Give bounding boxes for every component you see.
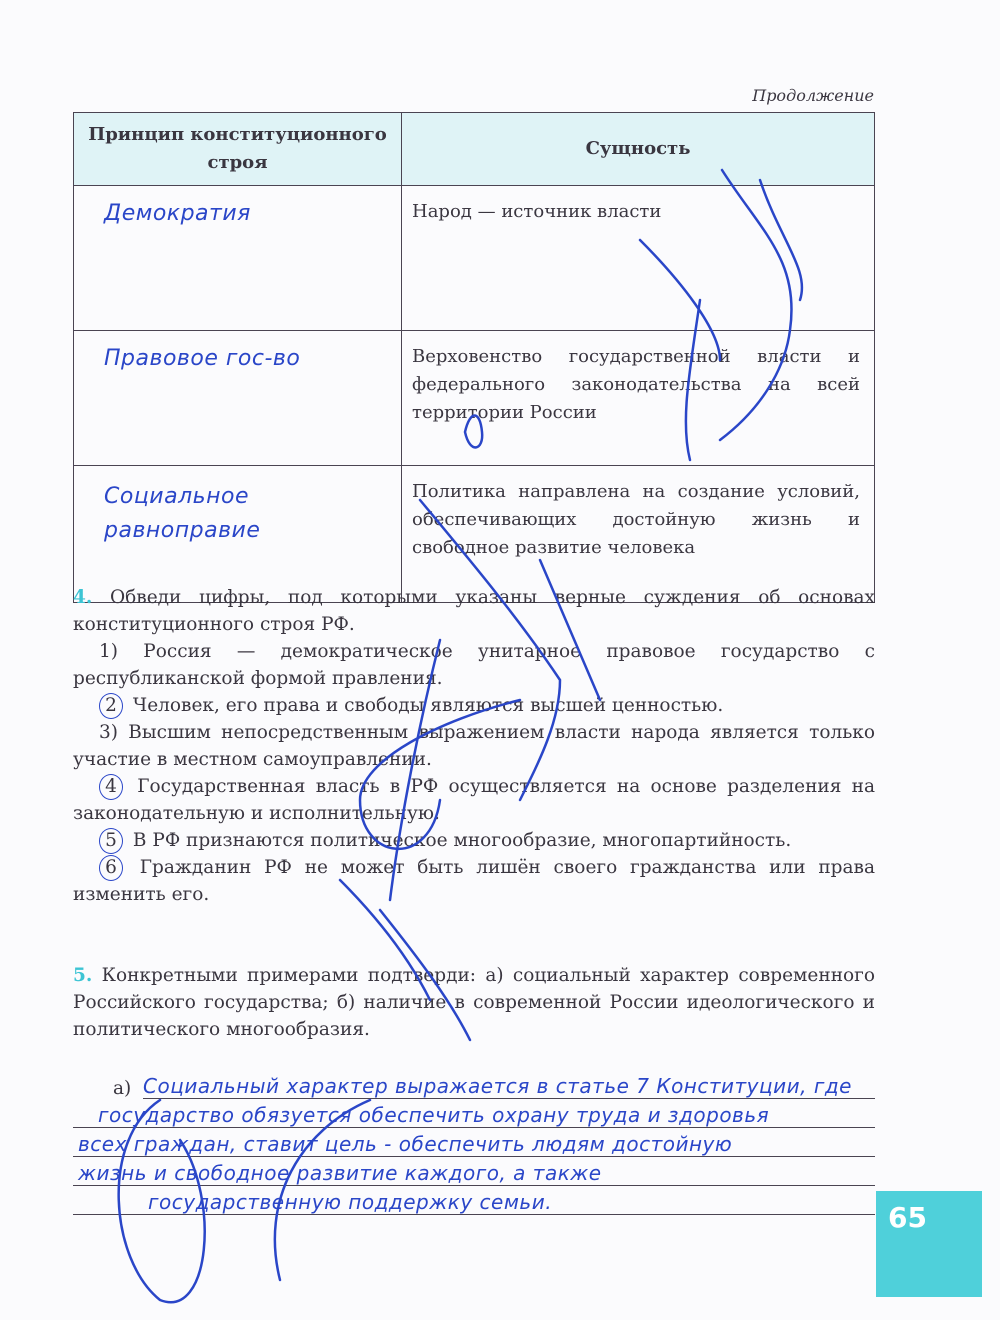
task-option[interactable]: 3) Высшим непосредственным выражением вл… (73, 719, 875, 773)
essence-cell: Верховенство государственной власти и фе… (402, 331, 875, 466)
task-number: 4. (73, 587, 92, 608)
answer-line[interactable]: всех граждан, ставит цель - обеспечить л… (73, 1128, 875, 1157)
task-4: 4. Обведи цифры, под которыми указаны ве… (73, 584, 875, 908)
option-text: Гражданин РФ не может быть лишён своего … (73, 857, 875, 905)
option-text: Россия — демократическое унитарное право… (73, 641, 875, 689)
header-principle: Принцип конституционного строя (74, 113, 402, 186)
handwritten-answer: государство обязуется обеспечить охрану … (98, 1103, 769, 1127)
handwritten-answer: государственную поддержку семьи. (148, 1190, 552, 1214)
handwritten-answer: Социальный характер выражается в статье … (143, 1074, 852, 1098)
task-option[interactable]: 6 Гражданин РФ не может быть лишён своег… (73, 854, 875, 908)
handwritten-principle: Социальное равноправие (104, 480, 324, 548)
continuation-label: Продолжение (752, 86, 874, 105)
circled-number: 5 (99, 828, 123, 854)
option-number: 3) (99, 722, 118, 743)
option-text: В РФ признаются политическое многообрази… (133, 830, 791, 851)
essence-cell: Народ — источник власти (402, 186, 875, 331)
circled-number: 4 (99, 774, 123, 800)
task-5: 5. Конкретными примерами подтверди: а) с… (73, 962, 875, 1043)
answer-line[interactable]: государственную поддержку семьи. (73, 1186, 875, 1215)
table-row: Правовое гос-во Верховенство государстве… (74, 331, 875, 466)
option-text: Государственная власть в РФ осуществляет… (73, 776, 875, 824)
answer-line[interactable]: жизнь и свободное развитие каждого, а та… (73, 1157, 875, 1186)
circled-number: 6 (99, 855, 123, 881)
page-number-badge: 65 (876, 1191, 982, 1297)
table-row: Социальное равноправие Политика направле… (74, 466, 875, 603)
option-number: 1) (99, 641, 118, 662)
page-number: 65 (888, 1201, 927, 1234)
table-header-row: Принцип конституционного строя Сущность (74, 113, 875, 186)
task-option[interactable]: 5 В РФ признаются политическое многообра… (73, 827, 875, 854)
handwritten-principle: Демократия (104, 201, 251, 226)
task-option[interactable]: 2 Человек, его права и свободы являются … (73, 692, 875, 719)
option-text: Человек, его права и свободы являются вы… (133, 695, 723, 716)
task-number: 5. (73, 965, 92, 986)
task-prompt: Обведи цифры, под которыми указаны верны… (73, 587, 875, 635)
handwritten-answer: всех граждан, ставит цель - обеспечить л… (78, 1132, 732, 1156)
header-essence: Сущность (402, 113, 875, 186)
essence-cell: Политика направлена на создание условий,… (402, 466, 875, 603)
handwritten-answer: жизнь и свободное развитие каждого, а та… (78, 1161, 602, 1185)
circled-number: 2 (99, 693, 123, 719)
answer-area[interactable]: Социальный характер выражается в статье … (73, 1070, 875, 1215)
answer-line[interactable]: Социальный характер выражается в статье … (143, 1070, 875, 1099)
handwritten-principle: Правовое гос-во (104, 346, 300, 371)
table-row: Демократия Народ — источник власти (74, 186, 875, 331)
task-prompt: Конкретными примерами подтверди: а) соци… (73, 965, 875, 1040)
principles-table: Принцип конституционного строя Сущность … (73, 112, 875, 603)
option-text: Высшим непосредственным выражением власт… (73, 722, 875, 770)
task-option[interactable]: 4 Государственная власть в РФ осуществля… (73, 773, 875, 827)
task-option[interactable]: 1) Россия — демократическое унитарное пр… (73, 638, 875, 692)
answer-line[interactable]: государство обязуется обеспечить охрану … (73, 1099, 875, 1128)
